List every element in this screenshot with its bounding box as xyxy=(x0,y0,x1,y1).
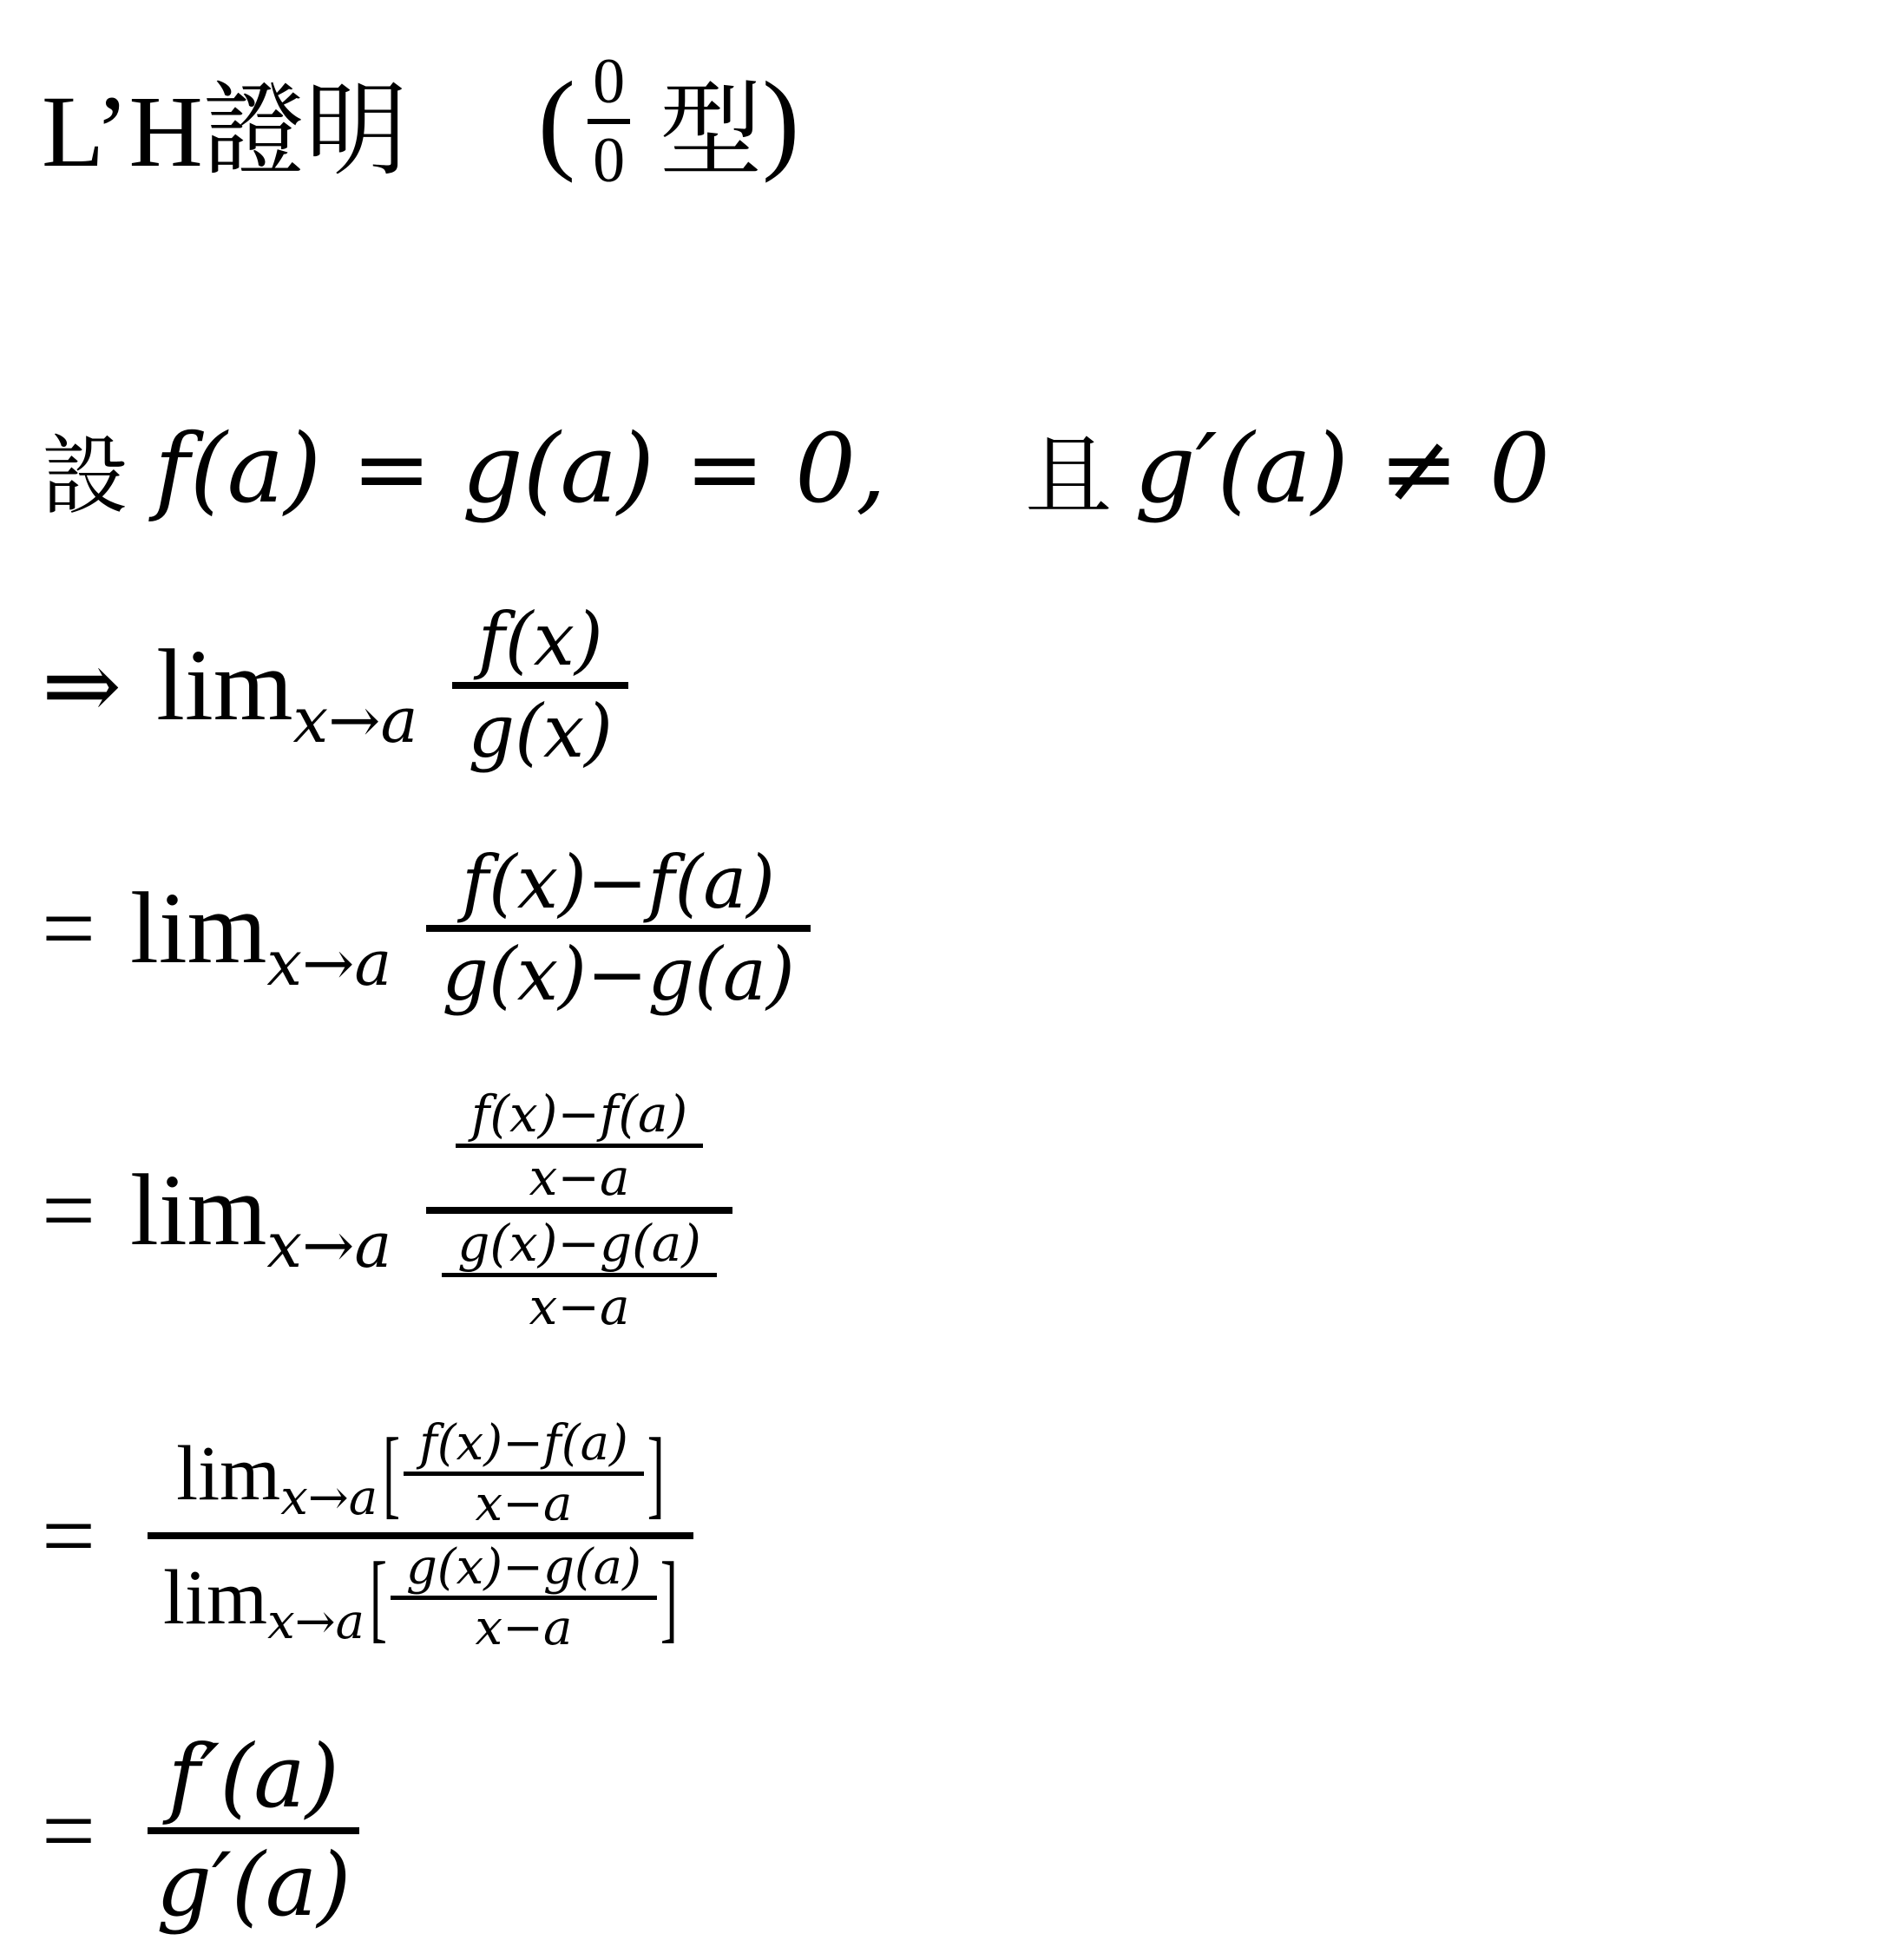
step-2-fraction: f(x)−f(a) g(x)−g(a) xyxy=(426,840,810,1017)
title-type-label: 型 xyxy=(660,48,762,195)
fraction-bar xyxy=(426,925,810,932)
inner-denominator: x−a xyxy=(459,1600,588,1656)
assumption-equation-2: g′(a) ≠ 0 xyxy=(1134,413,1550,524)
assumption-line: 設 f(a) = g(a) = 0, 且 g′(a) ≠ 0 xyxy=(42,408,1550,529)
step-1: ⇒ lim x→a f(x) g(x) xyxy=(42,581,637,790)
equals-symbol: = xyxy=(42,1776,95,1886)
step-2: = lim x→a f(x)−f(a) g(x)−g(a) xyxy=(42,824,819,1032)
lim-operator: lim xyxy=(130,869,266,987)
denominator: g(x) xyxy=(452,689,628,774)
implies-symbol: ⇒ xyxy=(42,630,122,742)
equals-symbol: = xyxy=(42,874,95,984)
inner-fraction-bottom: g(x)−g(a) x−a xyxy=(442,1214,717,1336)
inner-numerator: g(x)−g(a) xyxy=(391,1539,657,1596)
lim-subscript: x→a xyxy=(267,1594,365,1650)
inner-denominator: x−a xyxy=(459,1476,588,1532)
step-1-fraction: f(x) g(x) xyxy=(452,597,628,774)
denominator: g′(a) xyxy=(148,1834,359,1936)
title-paren-open: ( xyxy=(538,56,575,187)
fraction-numerator: 0 xyxy=(588,45,630,119)
outer-fraction-bar xyxy=(426,1207,732,1214)
equals-symbol: = xyxy=(42,1156,95,1266)
numerator: f′(a) xyxy=(160,1726,348,1827)
zero-over-zero-fraction: 0 0 xyxy=(588,45,630,198)
inner-fraction-top: f(x)−f(a) x−a xyxy=(456,1085,703,1207)
inner-numerator: f(x)−f(a) xyxy=(456,1085,703,1144)
step-3: = lim x→a f(x)−f(a) x−a g(x)−g(a) x−a xyxy=(42,1063,741,1358)
top-limit-expression: lim x→a [ f(x)−f(a) x−a ] xyxy=(161,1415,680,1532)
and-label: 且 xyxy=(1025,406,1112,531)
lim-subscript: x→a xyxy=(266,927,391,1000)
step-3-compound-fraction: f(x)−f(a) x−a g(x)−g(a) x−a xyxy=(426,1085,732,1336)
set-label: 設 xyxy=(42,406,128,531)
fraction-bar xyxy=(452,682,628,689)
bottom-inner-fraction: g(x)−g(a) x−a xyxy=(391,1539,657,1656)
lim-operator: lim xyxy=(163,1553,267,1642)
outer-denominator: g(x)−g(a) x−a xyxy=(426,1214,732,1336)
lim-subscript: x→a xyxy=(266,1209,391,1282)
page-title: L’H證明 ( 0 0 型 ) xyxy=(42,52,799,191)
fraction-bar xyxy=(148,1827,359,1834)
inner-denominator: x−a xyxy=(514,1148,646,1207)
step-4: = lim x→a [ f(x)−f(a) x−a ] lim x→a [ g(… xyxy=(42,1388,702,1683)
bottom-limit-expression: lim x→a [ g(x)−g(a) x−a ] xyxy=(148,1539,693,1656)
equals-symbol: = xyxy=(42,1481,95,1591)
outer-numerator: f(x)−f(a) x−a xyxy=(440,1085,719,1207)
left-bracket: [ xyxy=(370,1541,387,1655)
right-bracket: ] xyxy=(660,1541,678,1655)
right-bracket: ] xyxy=(647,1417,665,1531)
numerator: f(x)−f(a) xyxy=(446,840,791,925)
left-bracket: [ xyxy=(383,1417,400,1531)
top-inner-fraction: f(x)−f(a) x−a xyxy=(404,1415,644,1532)
step-5-fraction: f′(a) g′(a) xyxy=(148,1726,359,1936)
denominator: g(x)−g(a) xyxy=(426,932,810,1017)
lim-operator: lim xyxy=(176,1429,280,1518)
title-paren-close: ) xyxy=(762,56,799,187)
inner-numerator: g(x)−g(a) xyxy=(442,1214,717,1273)
title-prefix: L’H證明 xyxy=(42,48,408,195)
step-5: = f′(a) g′(a) xyxy=(42,1718,368,1944)
lim-subscript: x→a xyxy=(293,684,418,757)
assumption-equation-1: f(a) = g(a) = 0, xyxy=(154,413,886,524)
lim-subscript: x→a xyxy=(280,1470,378,1526)
inner-denominator: x−a xyxy=(514,1277,646,1336)
lim-operator: lim xyxy=(130,1151,266,1269)
outer-fraction-bar xyxy=(148,1532,693,1539)
fraction-denominator: 0 xyxy=(588,124,630,198)
numerator: f(x) xyxy=(463,597,619,682)
inner-numerator: f(x)−f(a) xyxy=(404,1415,644,1472)
lim-operator: lim xyxy=(156,626,292,744)
step-4-ratio-of-limits: lim x→a [ f(x)−f(a) x−a ] lim x→a [ g(x)… xyxy=(148,1415,693,1656)
